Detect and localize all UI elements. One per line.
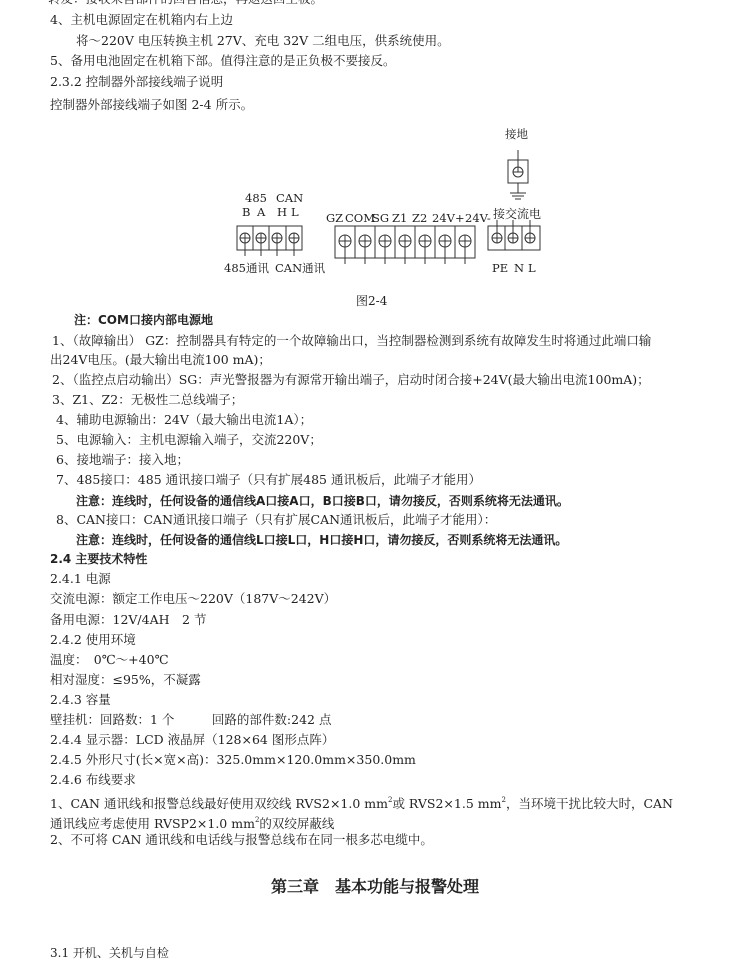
note-item-4: 4、辅助电源输出：24V（最大输出电流1A）； <box>56 412 312 428</box>
wiring-req-1-cont-part-a: 通讯线应考虑使用 RVSP2×1.0 mm <box>50 816 255 831</box>
pin-label-pe: PE <box>492 262 508 275</box>
warning-can: 注意：连线时，任何设备的通信线L口接L口，H口接H口，请勿接反，否则系统将无法通… <box>76 532 567 548</box>
wiring-req-1-cont: 通讯线应考虑使用 RVSP2×1.0 mm2的双绞屏蔽线 <box>50 812 334 832</box>
pin-label-ac-l: L <box>528 262 536 275</box>
section-heading-3-1: 3.1 开机、关机与自检 <box>50 945 169 960</box>
pin-label-n: N <box>514 262 524 275</box>
pin-label-com: COM <box>345 212 375 225</box>
pin-label-a: A <box>257 206 265 219</box>
pin-label-gz: GZ <box>326 212 343 225</box>
note-item-6: 6、接地端子：接入地； <box>56 452 189 468</box>
pin-label-sg: SG <box>372 212 389 225</box>
spec-humidity: 相对湿度：≤95%，不凝露 <box>50 672 201 688</box>
wiring-req-1: 1、CAN 通讯线和报警总线最好使用双绞线 RVS2×1.0 mm2或 RVS2… <box>50 792 673 812</box>
wiring-req-1-part-c: ，当环境干扰比较大时，CAN <box>506 796 673 811</box>
warning-485: 注意：连线时，任何设备的通信线A口接A口，B口接B口，请勿接反，否则系统将无法通… <box>76 493 569 509</box>
figure-caption: 图2-4 <box>356 292 387 309</box>
note-item-2: 2、（监控点启动输出）SG：声光警报器为有源常开输出端子，启动时闭合接+24V(… <box>52 372 650 388</box>
wiring-req-1-part-a: 1、CAN 通讯线和报警总线最好使用双绞线 RVS2×1.0 mm <box>50 796 388 811</box>
note-item-1-cont: 出24V电压。(最大输出电流100 mA)； <box>50 352 271 368</box>
terminal-diagram-graphic <box>0 0 750 320</box>
pin-label-24v-plus: 24V+ <box>432 212 465 225</box>
spec-2-4-6: 2.4.6 布线要求 <box>50 772 136 788</box>
pin-label-b: B <box>242 206 250 219</box>
spec-dimensions: 2.4.5 外形尺寸(长×宽×高)：325.0mm×120.0mm×350.0m… <box>50 752 416 768</box>
com-note: 注：COM口接内部电源地 <box>74 312 213 328</box>
pin-label-z2: Z2 <box>412 212 427 225</box>
ground-label: 接地 <box>505 128 528 141</box>
comm-top-label-can: CAN <box>276 192 303 205</box>
note-item-1: 1、（故障输出） GZ：控制器具有特定的一个故障输出口，当控制器检测到系统有故障… <box>52 333 651 349</box>
note-item-7: 7、485接口：485 通讯接口端子（只有扩展485 通讯板后，此端子才能用） <box>56 472 481 488</box>
note-item-5: 5、电源输入：主机电源输入端子，交流220V； <box>56 432 322 448</box>
note-item-3: 3、Z1、Z2：无极性二总线端子； <box>52 392 243 408</box>
pin-label-h: H <box>277 206 287 219</box>
spec-2-4-2: 2.4.2 使用环境 <box>50 632 136 648</box>
spec-temperature: 温度： 0℃～+40℃ <box>50 652 169 668</box>
wiring-req-2: 2、不可将 CAN 通讯线和电话线与报警总线布在同一根多芯电缆中。 <box>50 832 433 848</box>
chapter-title: 第三章 基本功能与报警处理 <box>0 874 750 897</box>
spec-2-4-1: 2.4.1 电源 <box>50 571 111 587</box>
spec-ac-power: 交流电源：额定工作电压～220V（187V～242V） <box>50 591 336 607</box>
note-item-8: 8、CAN接口：CAN通讯接口端子（只有扩展CAN通讯板后，此端子才能用）： <box>56 512 496 528</box>
spec-capacity: 壁挂机：回路数：1 个 回路的部件数:242 点 <box>50 712 331 728</box>
comm-bottom-label-can: CAN通讯 <box>275 262 325 275</box>
wiring-req-1-part-b: 或 RVS2×1.5 mm <box>392 796 501 811</box>
spec-backup-power: 备用电源：12V/4AH 2 节 <box>50 612 206 628</box>
ac-label: 接交流电 <box>493 208 541 221</box>
spec-2-4-3: 2.4.3 容量 <box>50 692 111 708</box>
pin-label-z1: Z1 <box>392 212 407 225</box>
pin-label-l: L <box>291 206 299 219</box>
spec-display: 2.4.4 显示器：LCD 液晶屏（128×64 图形点阵） <box>50 732 334 748</box>
pin-label-24v-minus: 24V- <box>465 212 491 225</box>
comm-top-label-485: 485 <box>245 192 267 205</box>
wiring-req-1-cont-part-b: 的双绞屏蔽线 <box>259 816 334 831</box>
section-heading-2-4: 2.4 主要技术特性 <box>50 551 147 567</box>
comm-bottom-label-485: 485通讯 <box>224 262 269 275</box>
